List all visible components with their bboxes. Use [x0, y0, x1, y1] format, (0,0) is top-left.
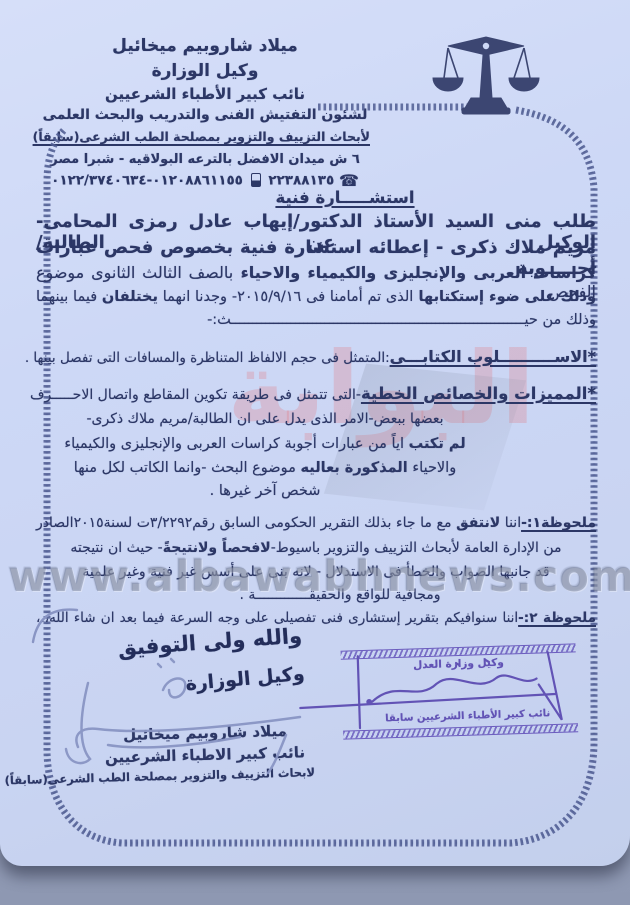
scanned-document-photo: { "colors": { "paper": "#cdd8f6", "ink":… — [0, 0, 630, 905]
note1-heading: ملحوظة١:- — [521, 515, 596, 531]
features-section-heading: *المميزات والخصائص الخطية — [361, 384, 596, 403]
intro-line-5-text: وذلك من — [538, 312, 596, 328]
features-line-3: لم تكتب اياً من عبارات أجوبة كراسات العر… — [55, 436, 475, 452]
note1-line-1: ملحوظة١:-اننا لانتفق مع ما جاء بذلك التق… — [36, 515, 596, 531]
doc-title: استشـــــارة فنية — [230, 188, 460, 207]
note1-line-4: ومجافية للواقع والحقيقـــــــــــــة . — [150, 587, 530, 603]
features-line-4-text1: والاحياء — [408, 460, 456, 476]
features-line-3-rest: اياً من عبارات أجوبة كراسات العربى والإن… — [64, 436, 408, 452]
style-section-heading: *الاســــــــــلوب الكتابـــى — [390, 347, 596, 366]
official-stamp: وكيل وزارة العدل نائب كبير الأطباء الشرع… — [335, 641, 583, 749]
note1-line-3: قد جانبها الصواب والخطأ فى الاستدلال - ل… — [36, 564, 596, 580]
intro-line-4-text: الذى تم أمامنا فى ٢٠١٥/٩/١٦- وجدنا انهما — [158, 289, 413, 305]
scales-of-justice-icon — [440, 8, 536, 120]
note1-line-1-text2: مع ما جاء بذلك التقرير الحكومى السابق رق… — [36, 515, 456, 531]
note1-line-1-text1: اننا — [500, 515, 521, 531]
intro-line-3-bold: كراسات العربى والإنجليزى والكيمياء والاح… — [233, 263, 596, 282]
features-section-text: -التى تتمثل فى طريقة تكوين المقاطع واتصا… — [30, 387, 361, 403]
intro-line-4-bold1: وذلك على ضوء إستكتابها — [413, 289, 596, 305]
intro-line-4: وذلك على ضوء إستكتابها الذى تم أمامنا فى… — [36, 289, 596, 305]
note1-line-2-text1: من الإدارة العامة لأبحاث التزييف والتزوي… — [271, 540, 562, 556]
intro-line-5-tatweel: حيــــــــــــــــــــــــــــــــــــــ… — [207, 312, 538, 328]
note2-text: اننا سنوافيكم بتقرير إستشارى فنى تفصيلى … — [36, 610, 518, 626]
style-section-text: :المتمثل فى حجم الالفاظ المتناظرة والمسا… — [25, 350, 390, 366]
intro-line-5: وذلك من حيــــــــــــــــــــــــــــــ… — [36, 312, 596, 328]
features-line-4-bold: المذكورة بعاليه — [300, 460, 407, 476]
features-line-4-text2: موضوع البحث -وانما الكاتب لكل منها — [74, 460, 301, 476]
note1-line-2-text2: - حيث ان نتيجته — [70, 540, 162, 556]
features-line-2: بعضها ببعض-الامر الذى يدل على ان الطالبة… — [55, 411, 475, 427]
style-section-line: *الاســــــــــلوب الكتابـــى:المتمثل فى… — [36, 347, 596, 366]
features-section-line: *المميزات والخصائص الخطية-التى تتمثل فى … — [36, 384, 596, 403]
intro-line-4-bold2: يختلفان — [102, 289, 158, 305]
handwritten-signature — [25, 596, 85, 648]
note1-line-1-bold: لانتفق — [456, 515, 500, 531]
handwritten-signature-strokes — [28, 655, 328, 785]
note1-line-2-bold: لافحصاً ولانتيجةً — [163, 540, 271, 556]
note1-line-2: من الإدارة العامة لأبحاث التزييف والتزوي… — [36, 540, 596, 556]
note2-heading: ملحوظة ٢:- — [518, 610, 596, 626]
intro-line-4-rest: فيما بينهما — [36, 289, 102, 305]
features-line-4: والاحياء المذكورة بعاليه موضوع البحث -وا… — [55, 460, 475, 476]
document-paper: البوابة www.albawabhnews.com ميلاد شاروب… — [0, 0, 630, 866]
features-line-3-bold: لم تكتب — [409, 436, 466, 452]
features-line-5: شخص آخر غيرها . — [55, 483, 475, 499]
